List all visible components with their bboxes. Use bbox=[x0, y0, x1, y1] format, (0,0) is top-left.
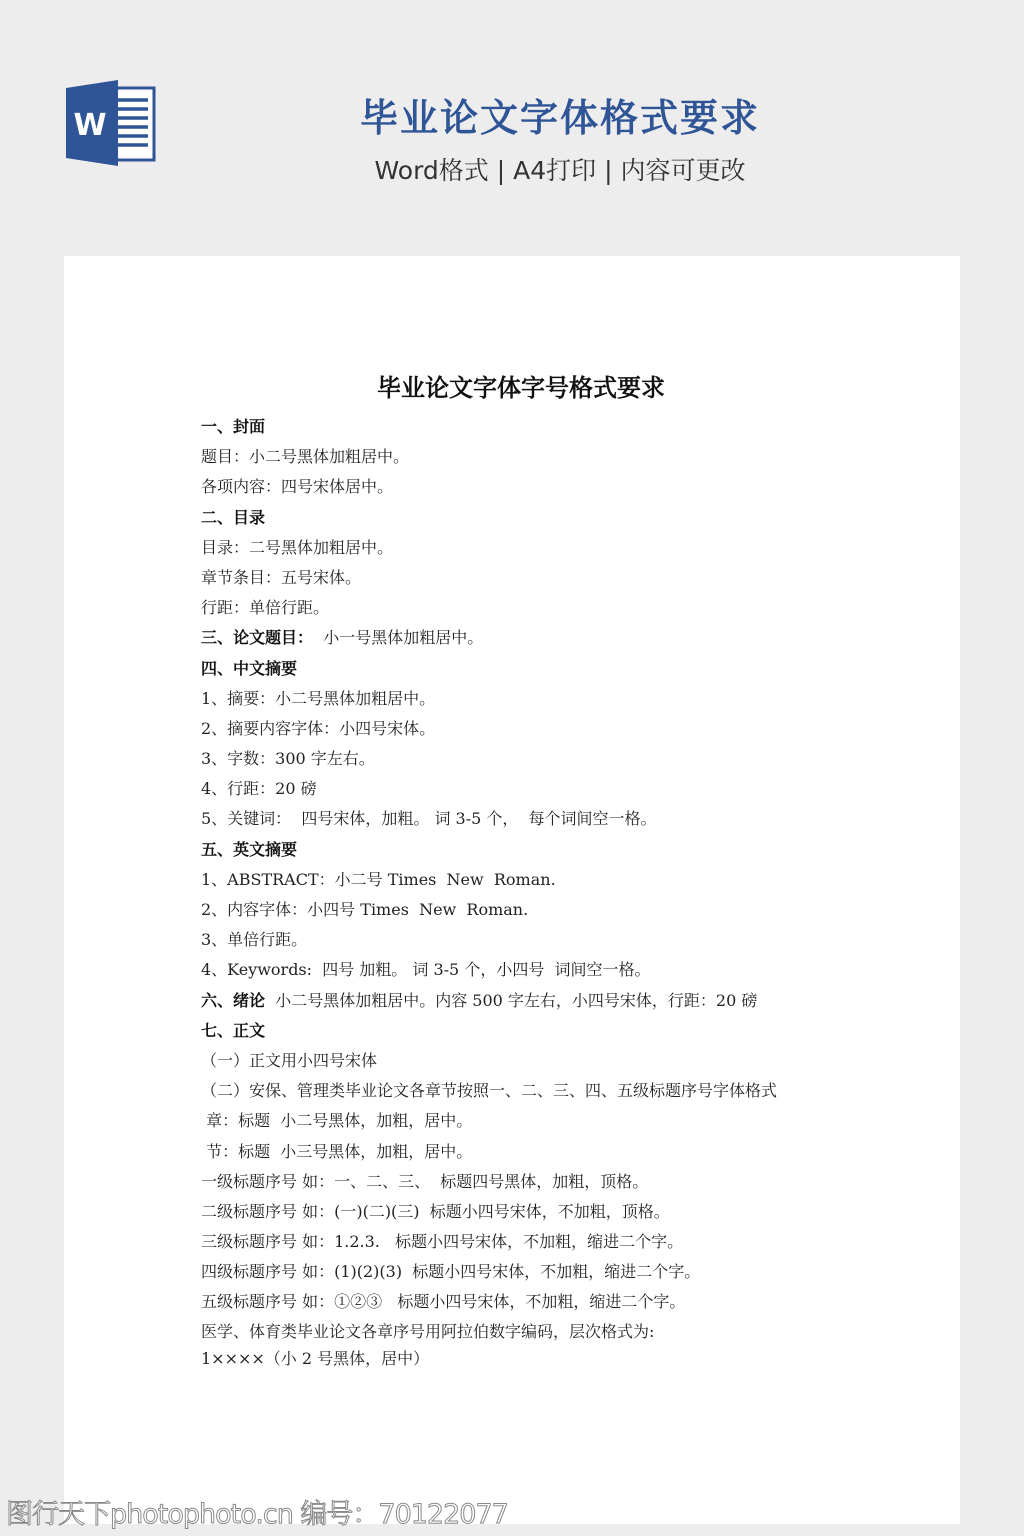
document-line: 1、ABSTRACT：小二号 Times New Roman. bbox=[201, 865, 841, 895]
document-line: 5、关键词： 四号宋体，加粗。 词 3-5 个， 每个词间空一格。 bbox=[201, 804, 841, 834]
banner-subtitle: Word格式 | A4打印 | 内容可更改 bbox=[300, 152, 820, 190]
section-heading-inline: 三、论文题目： 小一号黑体加粗居中。 bbox=[201, 623, 841, 653]
document-line: 四级标题序号 如：(1)(2)(3) 标题小四号宋体，不加粗，缩进二个字。 bbox=[201, 1257, 841, 1287]
document-line: 2、内容字体：小四号 Times New Roman. bbox=[201, 895, 841, 925]
svg-text:W: W bbox=[73, 108, 106, 143]
section-heading-inline: 六、绪论 小二号黑体加粗居中。内容 500 字左右，小四号宋体，行距：20 磅 bbox=[201, 986, 841, 1016]
document-line: 2、摘要内容字体：小四号宋体。 bbox=[201, 714, 841, 744]
section-heading: 三、论文题目： bbox=[201, 628, 313, 647]
document-line: 医学、体育类毕业论文各章序号用阿拉伯数字编码，层次格式为: bbox=[201, 1318, 841, 1345]
watermark-text: 图行天下photophoto.cn 编号：70122077 bbox=[6, 1492, 508, 1531]
section-heading: 二、目录 bbox=[201, 503, 841, 533]
document-line: 章节条目：五号宋体。 bbox=[201, 563, 841, 593]
document-line: 三级标题序号 如：1.2.3. 标题小四号宋体，不加粗，缩进二个字。 bbox=[201, 1227, 841, 1257]
document-line: 五级标题序号 如：①②③ 标题小四号宋体，不加粗，缩进二个字。 bbox=[201, 1287, 841, 1317]
banner-title: 毕业论文字体格式要求 bbox=[300, 92, 820, 144]
document-line: 章：标题 小二号黑体，加粗，居中。 bbox=[201, 1106, 841, 1136]
document-line: 1、摘要：小二号黑体加粗居中。 bbox=[201, 684, 841, 714]
section-heading: 六、绪论 bbox=[201, 991, 265, 1010]
document-line: 4、行距：20 磅 bbox=[201, 774, 841, 804]
document-line: 题目：小二号黑体加粗居中。 bbox=[201, 442, 841, 472]
document-line: 1××××（小 2 号黑体，居中） bbox=[201, 1345, 841, 1372]
section-heading: 七、正文 bbox=[201, 1016, 841, 1046]
document-line: 3、单倍行距。 bbox=[201, 925, 841, 955]
section-inline-text: 小一号黑体加粗居中。 bbox=[313, 628, 483, 647]
document-line: 二级标题序号 如：(一)(二)(三) 标题小四号宋体，不加粗，顶格。 bbox=[201, 1197, 841, 1227]
header-banner: W 毕业论文字体格式要求 Word格式 | A4打印 | 内容可更改 bbox=[0, 0, 1024, 256]
document-line: 3、字数：300 字左右。 bbox=[201, 744, 841, 774]
document-line: 行距：单倍行距。 bbox=[201, 593, 841, 623]
document-line: 一级标题序号 如：一、二、三、 标题四号黑体，加粗，顶格。 bbox=[201, 1167, 841, 1197]
section-heading: 五、英文摘要 bbox=[201, 835, 841, 865]
document-page: 毕业论文字体字号格式要求 一、封面 题目：小二号黑体加粗居中。 各项内容：四号宋… bbox=[64, 256, 960, 1524]
section-heading: 一、封面 bbox=[201, 412, 841, 442]
section-heading: 四、中文摘要 bbox=[201, 654, 841, 684]
document-body: 毕业论文字体字号格式要求 一、封面 题目：小二号黑体加粗居中。 各项内容：四号宋… bbox=[201, 368, 841, 1372]
document-line: 节：标题 小三号黑体，加粗，居中。 bbox=[201, 1137, 841, 1167]
document-line: 各项内容：四号宋体居中。 bbox=[201, 472, 841, 502]
document-line: （一）正文用小四号宋体 bbox=[201, 1046, 841, 1076]
section-inline-text: 小二号黑体加粗居中。内容 500 字左右，小四号宋体，行距：20 磅 bbox=[265, 991, 757, 1010]
document-title: 毕业论文字体字号格式要求 bbox=[201, 368, 841, 408]
document-line: 目录：二号黑体加粗居中。 bbox=[201, 533, 841, 563]
document-line: 4、Keywords: 四号 加粗。 词 3-5 个，小四号 词间空一格。 bbox=[201, 955, 841, 985]
word-document-icon: W bbox=[64, 80, 156, 166]
document-line: （二）安保、管理类毕业论文各章节按照一、二、三、四、五级标题序号字体格式 bbox=[201, 1076, 841, 1106]
